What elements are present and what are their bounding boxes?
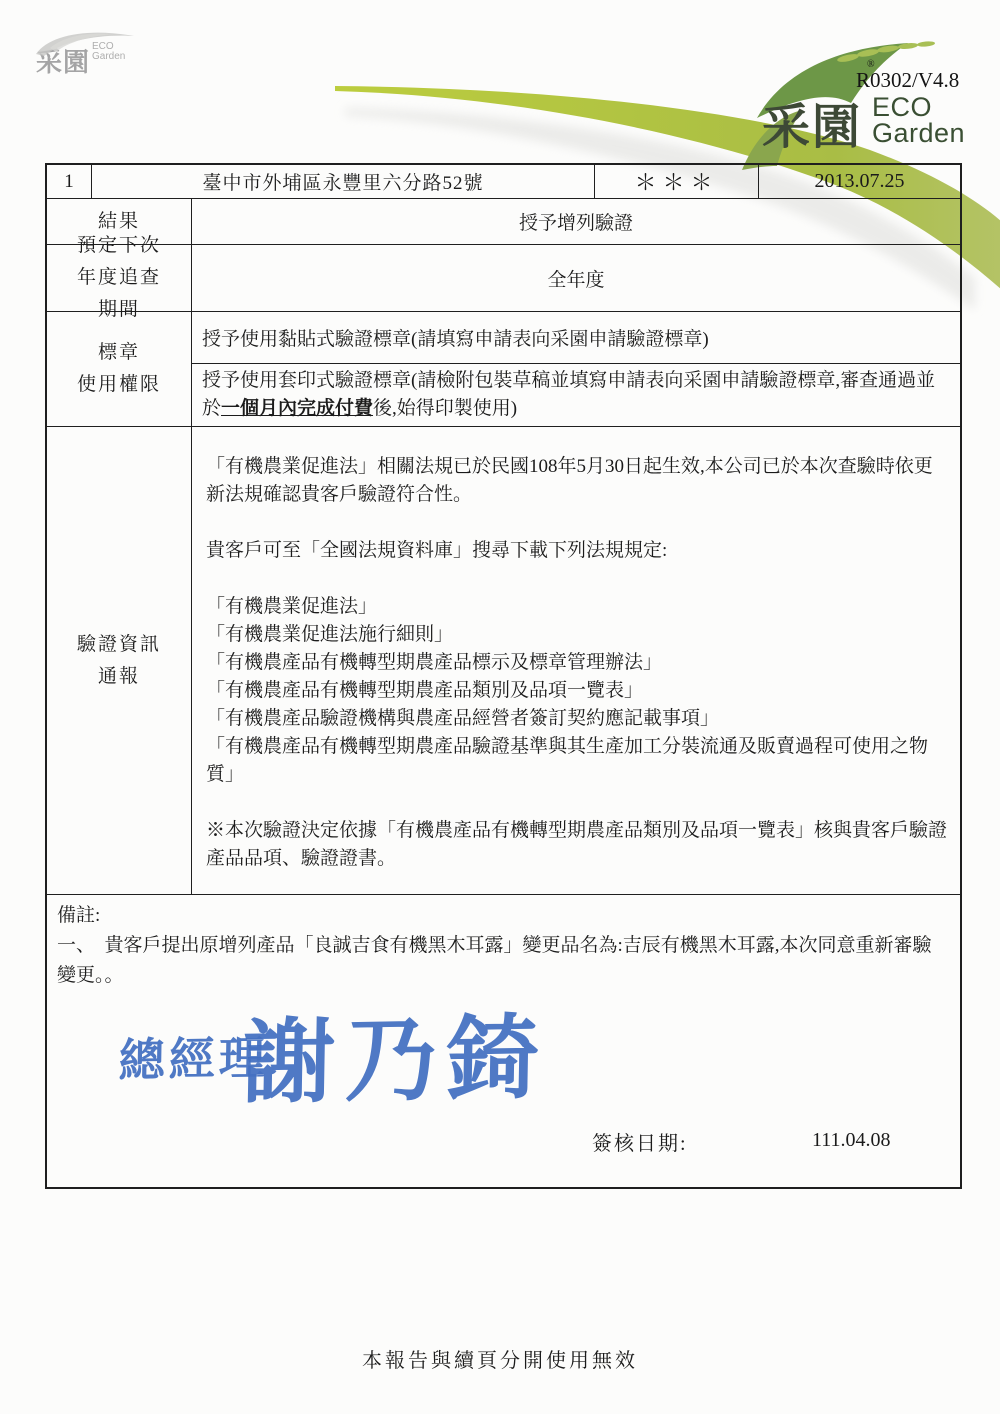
law-item: 「有機農產品有機轉型期農產品標示及標章管理辦法」 (206, 649, 948, 677)
next-audit-label: 預定下次年度追查期間 (47, 245, 192, 311)
law-item: 「有機農產品驗證機構與農產品經營者簽訂契約應記載事項」 (206, 705, 948, 733)
remarks-item: 一、 貴客戶提出原增列產品「良誠吉食有機黑木耳露」變更品名為:吉辰有機黑木耳露,… (57, 931, 948, 991)
law-item: 「有機農業促進法」 (206, 593, 948, 621)
date-cell: 2013.07.25 (759, 165, 960, 198)
law-item: 「有機農業促進法施行細則」 (206, 621, 948, 649)
law-item: 「有機農產品有機轉型期農產品驗證基準與其生產加工分裝流通及販賣過程可使用之物質」 (206, 733, 948, 789)
table-row-cert-info: 驗證資訊通報 「有機農業促進法」相關法規已於民國108年5月30日起生效,本公司… (47, 427, 960, 895)
cert-info-note: ※本次驗證決定依據「有機農產品有機轉型期農產品類別及品項一覽表」核與貴客戶驗證產… (206, 817, 948, 873)
mark-usage-item-1: 授予使用黏貼式驗證標章(請填寫申請表向采園申請驗證標章) (192, 312, 960, 364)
mark-usage-label: 標章 使用權限 (47, 312, 192, 426)
table-row-next-audit: 預定下次年度追查期間 全年度 (47, 245, 960, 312)
masked-cell: ＊＊＊ (595, 165, 759, 198)
table-row-mark-usage: 標章 使用權限 授予使用黏貼式驗證標章(請填寫申請表向采園申請驗證標章) 授予使… (47, 312, 960, 427)
stamp-signature: 謝乃錡 (242, 984, 550, 1121)
law-item: 「有機農產品有機轉型期農產品類別及品項一覽表」 (206, 677, 948, 705)
certification-table: 1 臺中市外埔區永豐里六分路52號 ＊＊＊ 2013.07.25 結果 授予增列… (45, 163, 962, 1189)
doc-code: ® R0302/V4.8 (856, 68, 959, 93)
next-audit-value: 全年度 (192, 245, 960, 311)
registered-mark-icon: ® (867, 59, 875, 70)
address-cell: 臺中市外埔區永豐里六分路52號 (92, 165, 595, 198)
cert-info-body: 「有機農業促進法」相關法規已於民國108年5月30日起生效,本公司已於本次查驗時… (192, 427, 960, 894)
table-row-header: 1 臺中市外埔區永豐里六分路52號 ＊＊＊ 2013.07.25 (47, 165, 960, 199)
table-row-remarks: 備註: 一、 貴客戶提出原增列產品「良誠吉食有機黑木耳露」變更品名為:吉辰有機黑… (47, 895, 960, 1187)
logo-right-garden: Garden (872, 118, 965, 148)
table-row-result: 結果 授予增列驗證 (47, 199, 960, 245)
logo-left: 采園ECOGarden (36, 42, 125, 79)
row-number-cell: 1 (47, 165, 92, 198)
logo-right-zh: 采園 (762, 88, 862, 157)
mark-usage-item-2: 授予使用套印式驗證標章(請檢附包裝草稿並填寫申請表向采園申請驗證標章,審查通過並… (192, 364, 960, 426)
remarks-block: 備註: 一、 貴客戶提出原增列產品「良誠吉食有機黑木耳露」變更品名為:吉辰有機黑… (47, 895, 960, 991)
result-value: 授予增列驗證 (192, 199, 960, 244)
cert-info-para2: 貴客戶可至「全國法規資料庫」搜尋下載下列法規規定: (206, 537, 948, 565)
cert-info-para1: 「有機農業促進法」相關法規已於民國108年5月30日起生效,本公司已於本次查驗時… (206, 453, 948, 509)
mark-usage-items: 授予使用黏貼式驗證標章(請填寫申請表向采園申請驗證標章) 授予使用套印式驗證標章… (192, 312, 960, 426)
logo-left-swoosh-icon (30, 26, 150, 60)
signoff-date: 111.04.08 (812, 1129, 891, 1152)
logo-right-en: ECO Garden (872, 94, 965, 146)
cert-info-label: 驗證資訊通報 (47, 427, 192, 894)
payment-deadline-emphasis: 一個月內完成付費 (221, 398, 373, 419)
wheat-ear (837, 41, 936, 64)
signoff-label: 簽核日期: (592, 1127, 688, 1156)
page-footer-note: 本報告與續頁分開使用無效 (0, 1344, 1000, 1373)
remarks-title: 備註: (57, 901, 948, 931)
